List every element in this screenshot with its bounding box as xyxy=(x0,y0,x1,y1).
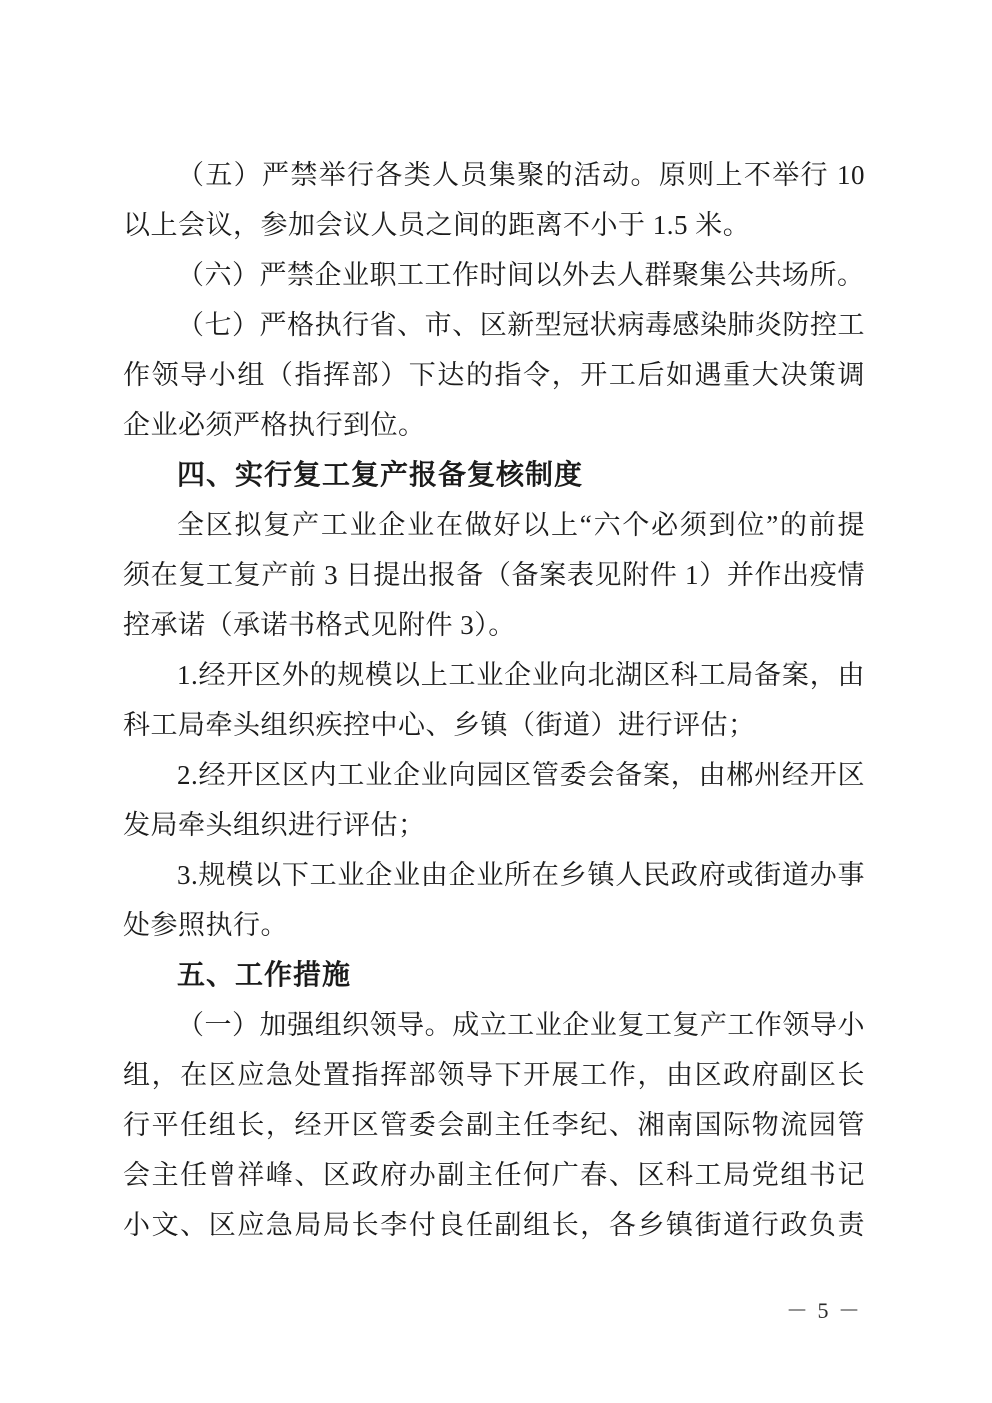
body-line: 发局牵头组织进行评估； xyxy=(123,800,865,850)
body-line: 组，在区应急处置指挥部领导下开展工作，由区政府副区长曹 xyxy=(123,1050,865,1100)
body-line: （六）严禁企业职工工作时间以外去人群聚集公共场所。 xyxy=(123,250,865,300)
body-line: 以上会议，参加会议人员之间的距离不小于 1.5 米。 xyxy=(123,200,865,250)
document-body: （五）严禁举行各类人员集聚的活动。原则上不举行 10 人 以上会议，参加会议人员… xyxy=(123,150,865,1250)
body-line: 1.经开区外的规模以上工业企业向北湖区科工局备案，由区 xyxy=(123,650,865,700)
page-number: － 5 － xyxy=(786,1296,862,1326)
body-line: 小文、区应急局局长李付良任副组长，各乡镇街道行政负责人、 xyxy=(123,1200,865,1250)
body-line: （五）严禁举行各类人员集聚的活动。原则上不举行 10 人 xyxy=(123,150,865,200)
body-line: 企业必须严格执行到位。 xyxy=(123,400,865,450)
body-line: 须在复工复产前 3 日提出报备（备案表见附件 1）并作出疫情防 xyxy=(123,550,865,600)
body-line: （一）加强组织领导。成立工业企业复工复产工作领导小 xyxy=(123,1000,865,1050)
section-heading-4: 四、实行复工复产报备复核制度 xyxy=(123,450,865,500)
body-line: 控承诺（承诺书格式见附件 3）。 xyxy=(123,600,865,650)
body-line: 科工局牵头组织疾控中心、乡镇（街道）进行评估； xyxy=(123,700,865,750)
body-line: 会主任曾祥峰、区政府办副主任何广春、区科工局党组书记张 xyxy=(123,1150,865,1200)
body-line: 行平任组长，经开区管委会副主任李纪、湘南国际物流园管委 xyxy=(123,1100,865,1150)
body-line: 作领导小组（指挥部）下达的指令，开工后如遇重大决策调整， xyxy=(123,350,865,400)
body-line: （七）严格执行省、市、区新型冠状病毒感染肺炎防控工 xyxy=(123,300,865,350)
body-line: 3.规模以下工业企业由企业所在乡镇人民政府或街道办事 xyxy=(123,850,865,900)
body-line: 处参照执行。 xyxy=(123,900,865,950)
body-line: 全区拟复产工业企业在做好以上“六个必须到位”的前提下， xyxy=(123,500,865,550)
document-page: （五）严禁举行各类人员集聚的活动。原则上不举行 10 人 以上会议，参加会议人员… xyxy=(0,0,992,1403)
body-line: 2.经开区区内工业企业向园区管委会备案，由郴州经开区经 xyxy=(123,750,865,800)
section-heading-5: 五、工作措施 xyxy=(123,950,865,1000)
